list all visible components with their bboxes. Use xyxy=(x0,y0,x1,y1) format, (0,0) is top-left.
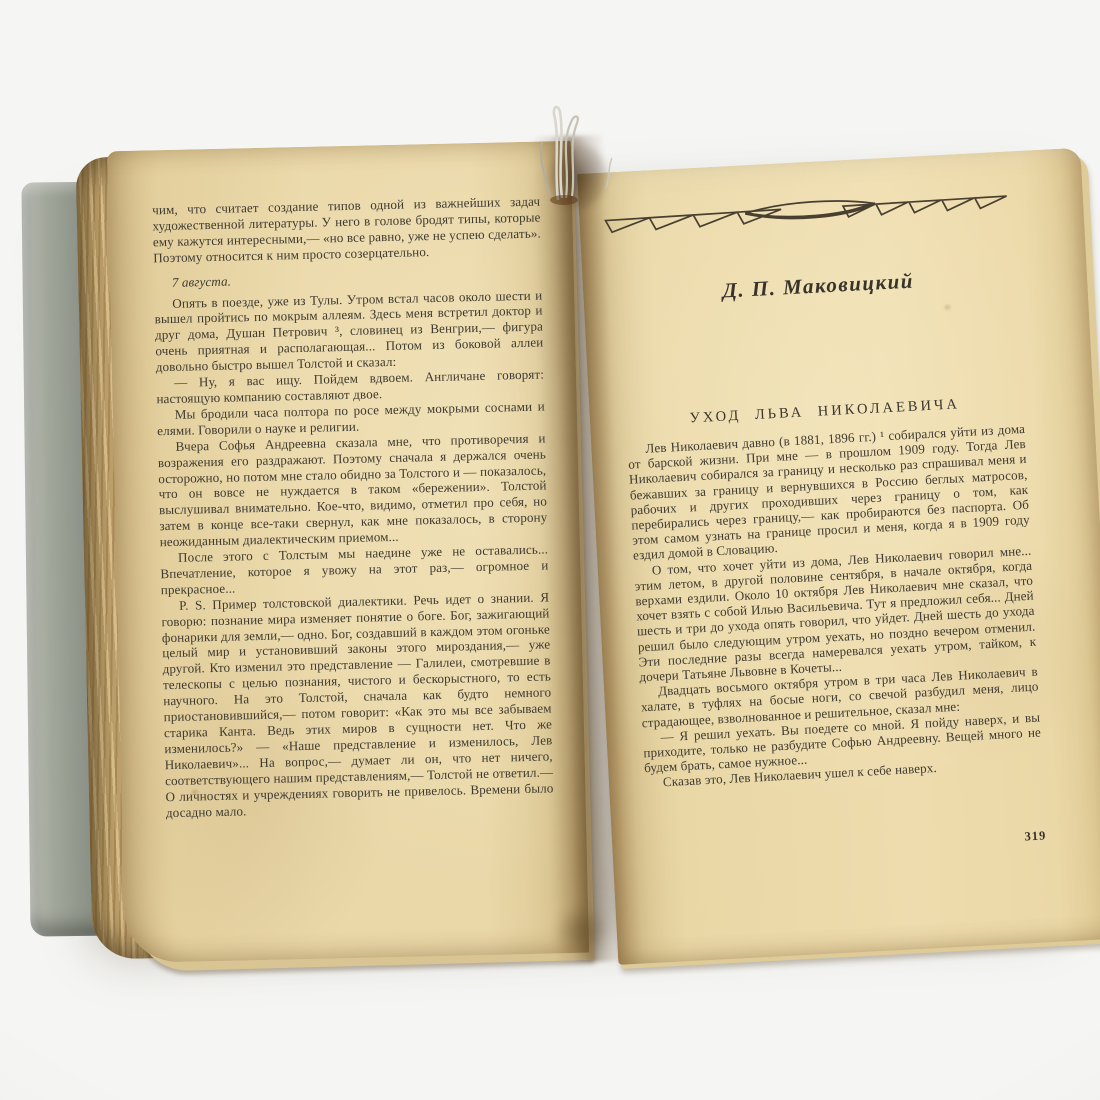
right-page-paragraph: Лев Николаевич давно (в 1881, 1896 гг.) … xyxy=(627,421,1031,563)
foxing-speck xyxy=(944,305,950,310)
page-number: 319 xyxy=(648,828,1050,864)
left-page-paragraph: чим, что считает создание типов одной из… xyxy=(152,194,541,266)
date-heading: 7 августа. xyxy=(154,266,542,291)
left-page-paragraph: Опять в поезде, уже из Тулы. Утром встал… xyxy=(154,287,544,375)
left-page-text-column: чим, что считает создание типов одной из… xyxy=(152,194,554,821)
right-page: Д. П. Маковицкий УХОД ЛЬВА НИКОЛАЕВИЧА Л… xyxy=(577,148,1100,965)
author-heading: Д. П. Маковицкий xyxy=(583,261,1054,311)
photo-of-open-book: { "colors": { "photo_bg": "#f5f5f3", "pa… xyxy=(0,0,1100,1100)
triangle-garland-headpiece-icon xyxy=(603,184,1008,241)
left-page: чим, что считает создание типов одной из… xyxy=(107,141,589,963)
left-page-paragraph: P. S. Пример толстовской диалектики. Реч… xyxy=(161,589,554,820)
right-page-paragraph: О том, что хочет уйти из дома, Лев Никол… xyxy=(633,542,1037,684)
right-page-text-column: Лев Николаевич давно (в 1881, 1896 гг.) … xyxy=(627,421,1043,791)
left-page-paragraph: Вчера Софья Андреевна сказала мне, что п… xyxy=(157,430,547,550)
photo-background: чим, что считает создание типов одной из… xyxy=(0,0,1100,1100)
